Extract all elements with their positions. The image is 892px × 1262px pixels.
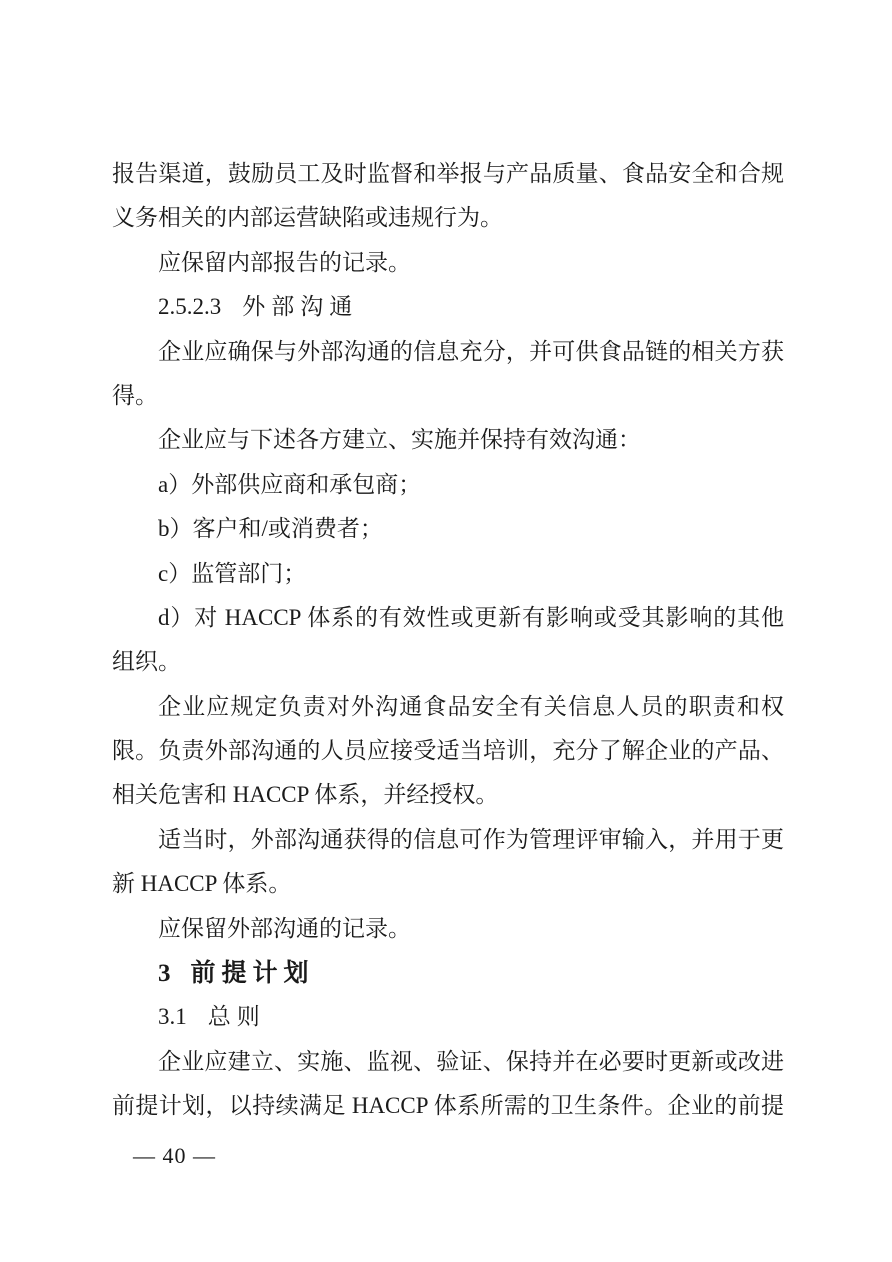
paragraph-line: 企业应规定负责对外沟通食品安全有关信息人员的职责和权 bbox=[112, 685, 784, 729]
paragraph-line: 报告渠道，鼓励员工及时监督和举报与产品质量、食品安全和合规 bbox=[112, 152, 784, 196]
list-item-d: d）对 HACCP 体系的有效性或更新有影响或受其影响的其他 bbox=[112, 596, 784, 640]
paragraph-line: 限。负责外部沟通的人员应接受适当培训，充分了解企业的产品、 bbox=[112, 729, 784, 773]
subsection-heading-3-1: 3.1总则 bbox=[112, 995, 784, 1039]
paragraph-line: 得。 bbox=[112, 374, 784, 418]
paragraph-line: 企业应建立、实施、监视、验证、保持并在必要时更新或改进 bbox=[112, 1040, 784, 1084]
paragraph-line: 适当时，外部沟通获得的信息可作为管理评审输入，并用于更 bbox=[112, 818, 784, 862]
paragraph-line: 前提计划，以持续满足 HACCP 体系所需的卫生条件。企业的前提 bbox=[112, 1084, 784, 1128]
heading-title: 外部沟通 bbox=[242, 294, 358, 319]
paragraph-line: 组织。 bbox=[112, 640, 784, 684]
heading-number: 2.5.2.3 bbox=[158, 294, 221, 319]
list-item-a: a）外部供应商和承包商； bbox=[112, 463, 784, 507]
chapter-heading-3: 3前提计划 bbox=[112, 951, 784, 995]
paragraph-line: 新 HACCP 体系。 bbox=[112, 862, 784, 906]
list-item-c: c）监管部门； bbox=[112, 552, 784, 596]
heading-number: 3.1 bbox=[158, 1004, 187, 1029]
list-item-b: b）客户和/或消费者； bbox=[112, 507, 784, 551]
paragraph-line: 相关危害和 HACCP 体系，并经授权。 bbox=[112, 773, 784, 817]
heading-title: 前提计划 bbox=[191, 959, 315, 987]
paragraph-line: 企业应确保与外部沟通的信息充分，并可供食品链的相关方获 bbox=[112, 330, 784, 374]
paragraph-line: 应保留外部沟通的记录。 bbox=[112, 907, 784, 951]
heading-number: 3 bbox=[158, 960, 171, 987]
heading-title: 总则 bbox=[208, 1004, 266, 1029]
page-number: — 40 — bbox=[133, 1141, 216, 1171]
paragraph-line: 企业应与下述各方建立、实施并保持有效沟通： bbox=[112, 418, 784, 462]
paragraph-line: 义务相关的内部运营缺陷或违规行为。 bbox=[112, 196, 784, 240]
subsection-heading-2-5-2-3: 2.5.2.3外部沟通 bbox=[112, 285, 784, 329]
page-body-text: 报告渠道，鼓励员工及时监督和举报与产品质量、食品安全和合规 义务相关的内部运营缺… bbox=[112, 152, 784, 1129]
document-page: 报告渠道，鼓励员工及时监督和举报与产品质量、食品安全和合规 义务相关的内部运营缺… bbox=[0, 0, 892, 1262]
paragraph-line: 应保留内部报告的记录。 bbox=[112, 241, 784, 285]
